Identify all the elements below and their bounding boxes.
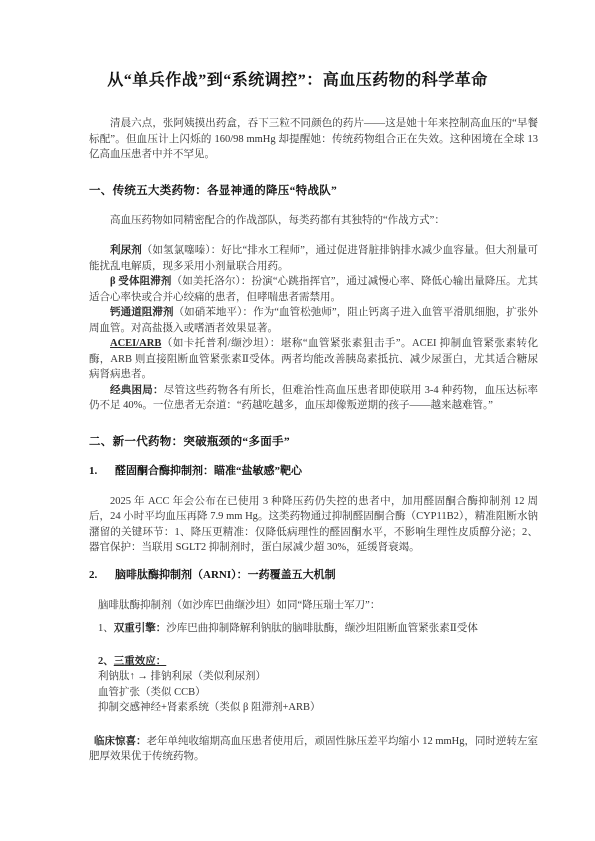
drug-desc-diuretic: （如氢氯噻嗪）：好比“排水工程师”，通过促进肾脏排钠排水减少血容量。但大剂量可能…: [89, 245, 538, 272]
arni-point2-number: 2、: [98, 656, 114, 667]
drug-paragraph-ccb: 钙通道阻滞剂（如硝苯地平）：作为“血管松弛师”，阻止钙离子进入血管平滑肌细胞，扩…: [89, 305, 538, 336]
sub2-heading: 2.脑啡肽酶抑制剂（ARNI）：一药覆盖五大机制: [89, 568, 538, 583]
drug-name-diuretic: 利尿剂: [110, 245, 142, 256]
clinical-surprise-lead: 临床惊喜：: [94, 736, 147, 747]
drug-name-acei-arb: ACEI/ARB: [110, 338, 161, 349]
arni-point1: 1、双重引擎：沙库巴曲抑制降解利钠肽的脑啡肽酶，缬沙坦阻断血管紧张素Ⅱ受体: [98, 621, 538, 637]
drug-name-beta-blocker: β 受体阻滞剂: [110, 276, 172, 287]
sub1-heading: 1.醛固酮合酶抑制剂：瞄准“盐敏感”靶心: [89, 464, 538, 479]
sub2-title: 脑啡肽酶抑制剂（ARNI）：一药覆盖五大机制: [115, 569, 336, 581]
effect-item-sympathetic: 抑制交感神经+肾素系统（类似 β 阻滞剂+ARB）: [98, 700, 538, 716]
classic-dilemma-lead: 经典困局：: [110, 385, 164, 396]
sub2-number: 2.: [89, 568, 115, 583]
effect-item-vasodilation: 血管扩张（类似 CCB）: [98, 685, 538, 701]
sub1-body: 2025 年 ACC 年会公布在已使用 3 种降压药仍失控的患者中，加用醛固酮合…: [89, 494, 538, 556]
intro-paragraph: 清晨六点，张阿姨摸出药盒，吞下三粒不同颜色的药片——这是她十年来控制高血压的“早…: [89, 116, 538, 163]
drug-paragraph-acei-arb: ACEI/ARB（如卡托普利/缬沙坦）：堪称“血管紧张素狙击手”。ACEI 抑制…: [89, 336, 538, 383]
arni-point2: 2、三重效应：: [98, 654, 538, 670]
arni-point2-lead: 三重效应：: [114, 656, 167, 667]
drug-paragraph-diuretic: 利尿剂（如氢氯噻嗪）：好比“排水工程师”，通过促进肾脏排钠排水减少血容量。但大剂…: [89, 243, 538, 274]
document-page: 从“单兵作战”到“系统调控”：高血压药物的科学革命 清晨六点，张阿姨摸出药盒，吞…: [0, 0, 595, 841]
sub1-number: 1.: [89, 464, 115, 479]
document-title: 从“单兵作战”到“系统调控”：高血压药物的科学革命: [29, 70, 566, 92]
classic-dilemma-paragraph: 经典困局：尽管这些药物各有所长，但难治性高血压患者即使联用 3-4 种药物，血压…: [89, 383, 538, 414]
section1-lede: 高血压药物如同精密配合的作战部队，每类药都有其独特的“作战方式”：: [89, 213, 538, 229]
section2-heading: 二、新一代药物：突破瓶颈的“多面手”: [89, 434, 538, 450]
arni-point1-number: 1、: [98, 623, 114, 634]
arni-point1-text: 沙库巴曲抑制降解利钠肽的脑啡肽酶，缬沙坦阻断血管紧张素Ⅱ受体: [166, 623, 478, 634]
arni-point1-lead: 双重引擎：: [114, 623, 167, 634]
section1-heading: 一、传统五大类药物：各显神通的降压“特战队”: [89, 183, 538, 199]
sub1-title: 醛固酮合酶抑制剂：瞄准“盐敏感”靶心: [115, 465, 302, 477]
clinical-surprise-paragraph: 临床惊喜：老年单纯收缩期高血压患者使用后，顽固性脉压差平均缩小 12 mmHg，…: [89, 734, 538, 765]
drug-paragraph-beta-blocker: β 受体阻滞剂（如美托洛尔）：扮演“心跳指挥官”，通过减慢心率、降低心输出量降压…: [89, 274, 538, 305]
arni-intro-paragraph: 脑啡肽酶抑制剂（如沙库巴曲缬沙坦）如同“降压瑞士军刀”：: [98, 598, 538, 614]
effect-item-natriuresis: 利钠肽↑ → 排钠利尿（类似利尿剂）: [98, 669, 538, 685]
clinical-surprise-text: 老年单纯收缩期高血压患者使用后，顽固性脉压差平均缩小 12 mmHg，同时逆转左…: [89, 736, 538, 763]
drug-name-ccb: 钙通道阻滞剂: [110, 307, 174, 318]
